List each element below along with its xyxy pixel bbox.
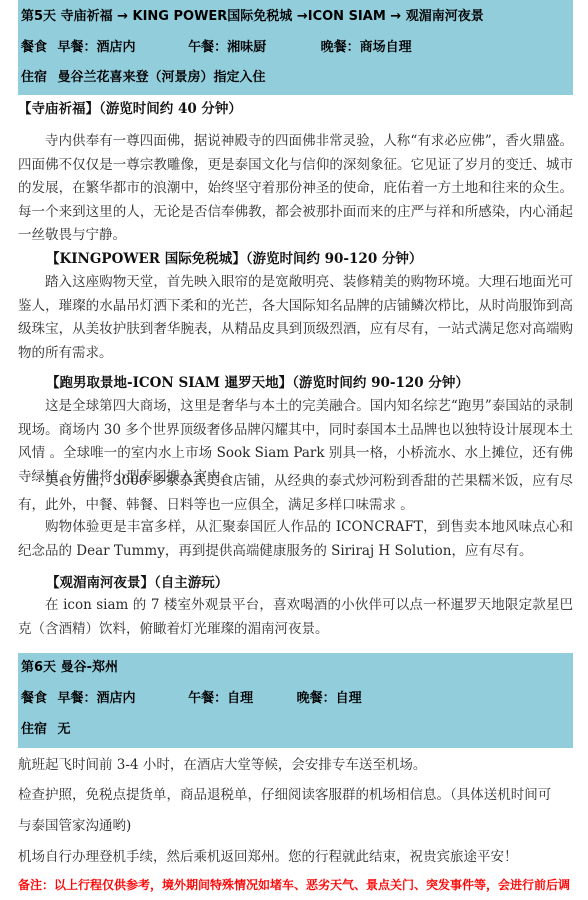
section-heading-river-night: 【观湄南河夜景】（自主游玩） <box>46 574 228 592</box>
day6-header-box: 第6天 曼谷-郑州 餐食 早餐：酒店内 午餐：自理 晚餐：自理 住宿 无 <box>18 653 573 748</box>
section-iconsiam-paragraph-2: 美食方面，3000 多家泰式美食店铺，从经典的泰式炒河粉到香甜的芒果糯米饭，应有… <box>18 470 573 517</box>
day5-stay: 住宿 曼谷兰花喜来登（河景房）指定入住 <box>21 70 266 86</box>
day6-meals: 餐食 早餐：酒店内 午餐：自理 晚餐：自理 <box>21 691 362 707</box>
day6-breakfast: 早餐：酒店内 <box>58 691 184 707</box>
day6-meals-label: 餐食 <box>21 691 47 706</box>
section-river-night-paragraph: 在 icon siam 的 7 楼室外观景平台，喜欢喝酒的小伙伴可以点一杯暹罗天… <box>18 594 573 641</box>
section-iconsiam-paragraph-3: 购物体验更是丰富多样，从汇聚泰国匠人作品的 ICONCRAFT，到售卖本地风味点… <box>18 516 573 563</box>
day6-line-2: 检查护照，免税点提货单，商品退税单，仔细阅读客服群的机场相信息。（具体送机时间可 <box>18 786 578 804</box>
day6-line-1: 航班起飞时间前 3-4 小时，在酒店大堂等候，会安排专车送至机场。 <box>18 756 578 774</box>
day6-stay-value: 无 <box>58 722 71 737</box>
day6-stay-label: 住宿 <box>21 722 47 737</box>
day5-title: 第5天 寺庙祈福 → KING POWER国际免税城 →ICON SIAM → … <box>21 9 484 25</box>
section-heading-iconsiam: 【跑男取景地-ICON SIAM 暹罗天地】（游览时间约 90-120 分钟） <box>46 374 469 392</box>
day6-dinner: 晚餐：自理 <box>297 691 362 707</box>
day6-line-4: 机场自行办理登机手续，然后乘机返回郑州。您的行程就此结束，祝贵宾旅途平安！ <box>18 848 578 866</box>
day6-title: 第6天 曼谷-郑州 <box>21 660 118 676</box>
day6-lunch: 午餐：自理 <box>188 691 292 707</box>
day6-stay: 住宿 无 <box>21 722 71 738</box>
day6-line-3: 与泰国管家沟通哟) <box>18 817 578 835</box>
day5-dinner: 晚餐：商场自理 <box>321 40 412 56</box>
day5-meals-label: 餐食 <box>21 40 47 55</box>
section-temple-paragraph: 寺内供奉有一尊四面佛，据说神殿寺的四面佛非常灵验，人称“有求必应佛”，香火鼎盛。… <box>18 130 573 248</box>
section-heading-temple: 【寺庙祈福】（游览时间约 40 分钟） <box>18 100 242 118</box>
disclaimer-note: 备注：以上行程仅供参考，境外期间特殊情况如堵车、恶劣天气、景点关门、突发事件等，… <box>18 877 588 893</box>
day5-stay-label: 住宿 <box>21 70 47 85</box>
day5-stay-value: 曼谷兰花喜来登（河景房）指定入住 <box>58 70 266 85</box>
day5-breakfast: 早餐：酒店内 <box>58 40 184 56</box>
day5-header-box: 第5天 寺庙祈福 → KING POWER国际免税城 →ICON SIAM → … <box>18 0 573 95</box>
section-heading-kingpower: 【KINGPOWER 国际免税城】（游览时间约 90-120 分钟） <box>46 250 422 268</box>
section-kingpower-paragraph: 踏入这座购物天堂，首先映入眼帘的是宽敞明亮、装修精美的购物环境。大理石地面光可鉴… <box>18 271 573 365</box>
day5-meals: 餐食 早餐：酒店内 午餐：湘味厨 晚餐：商场自理 <box>21 40 412 56</box>
day5-lunch: 午餐：湘味厨 <box>188 40 316 56</box>
